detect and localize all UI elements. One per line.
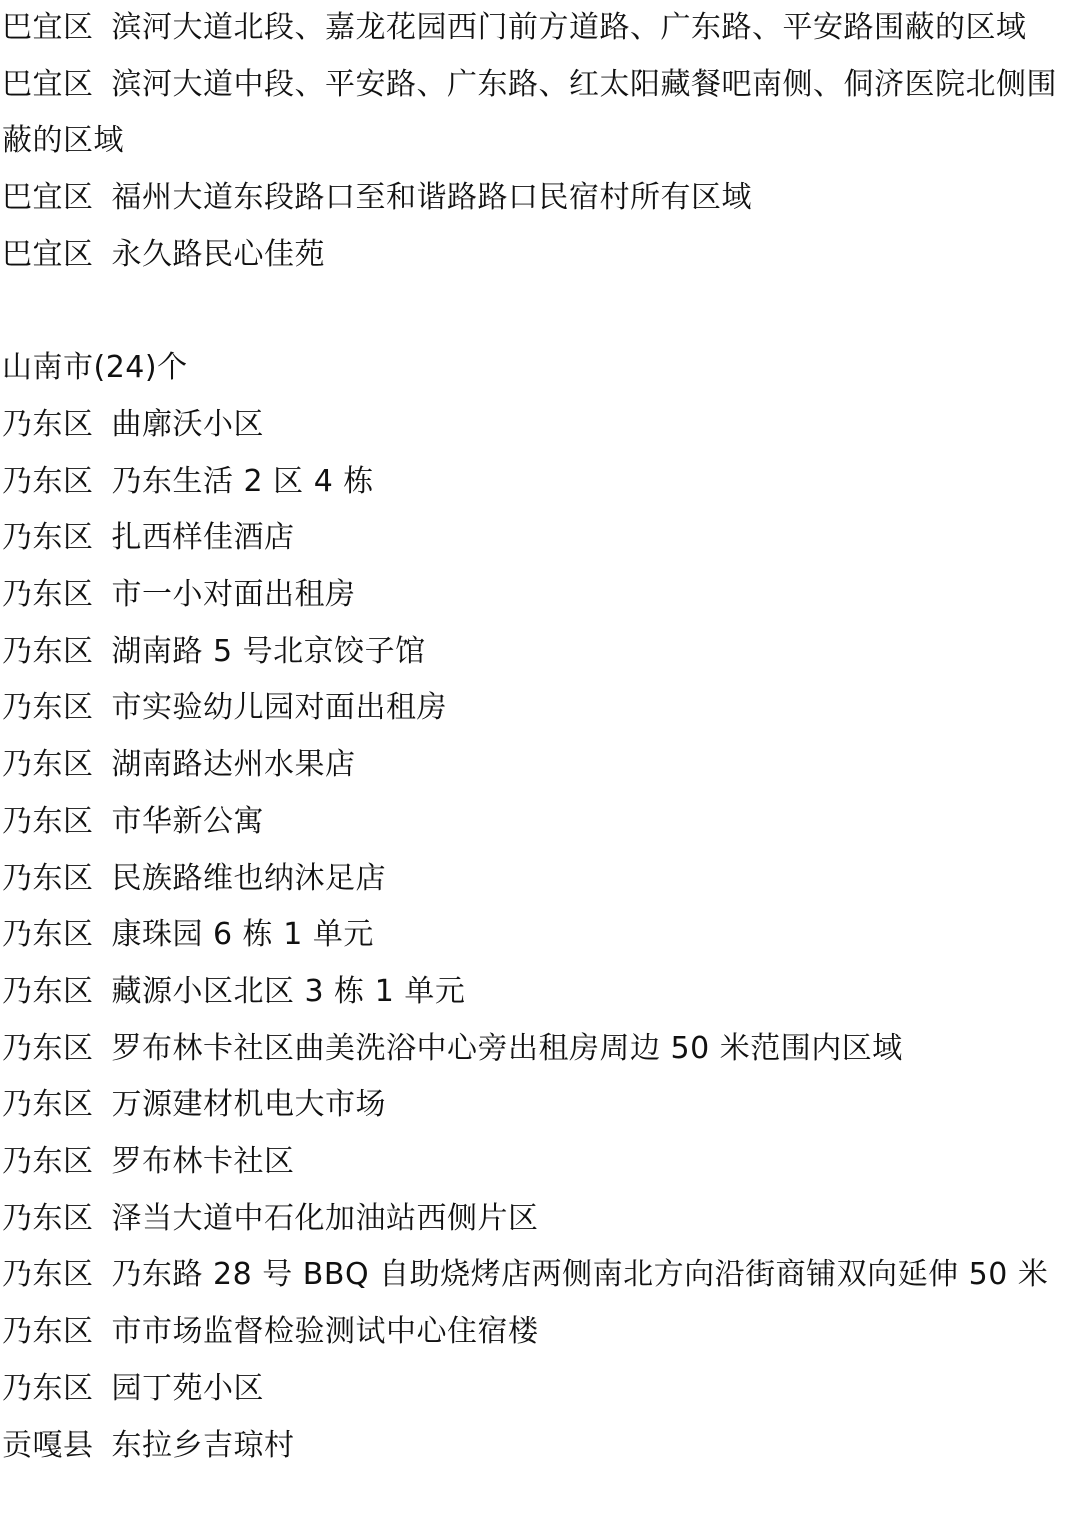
- place-name: 万源建材机电大市场: [112, 1087, 387, 1122]
- list-item: 乃东区市实验幼儿园对面出租房: [2, 680, 1080, 737]
- list-item: 贡嘎县东拉乡吉琼村: [2, 1418, 1080, 1475]
- place-name: 市一小对面出租房: [112, 577, 356, 612]
- district-name: 乃东区: [2, 747, 94, 782]
- list-item: 乃东区乃东路 28 号 BBQ 自助烧烤店两侧南北方向沿街商铺双向延伸 50 米: [2, 1247, 1080, 1304]
- place-name: 市华新公寓: [112, 804, 265, 839]
- district-name: 乃东区: [2, 1314, 94, 1349]
- district-name: 乃东区: [2, 804, 94, 839]
- list-item: 乃东区市一小对面出租房: [2, 567, 1080, 624]
- list-item: 巴宜区永久路民心佳苑: [2, 227, 1080, 284]
- district-name: 巴宜区: [2, 237, 94, 272]
- district-name: 乃东区: [2, 1031, 94, 1066]
- district-name: 乃东区: [2, 1201, 94, 1236]
- place-name: 东拉乡吉琼村: [112, 1428, 295, 1463]
- place-name: 滨河大道北段、嘉龙花园西门前方道路、广东路、平安路围蔽的区域: [112, 10, 1027, 45]
- place-name: 泽当大道中石化加油站西侧片区: [112, 1201, 539, 1236]
- district-name: 乃东区: [2, 1257, 94, 1292]
- district-name: 乃东区: [2, 861, 94, 896]
- list-item: 乃东区湖南路 5 号北京饺子馆: [2, 624, 1080, 681]
- district-name: 巴宜区: [2, 67, 94, 102]
- list-item: 乃东区罗布林卡社区: [2, 1134, 1080, 1191]
- place-name: 福州大道东段路口至和谐路路口民宿村所有区域: [112, 180, 753, 215]
- place-name: 罗布林卡社区曲美洗浴中心旁出租房周边 50 米范围内区域: [112, 1031, 903, 1066]
- blank-line: [2, 284, 1080, 341]
- district-name: 巴宜区: [2, 10, 94, 45]
- list-item: 乃东区湖南路达州水果店: [2, 737, 1080, 794]
- district-name: 乃东区: [2, 1087, 94, 1122]
- list-item: 乃东区康珠园 6 栋 1 单元: [2, 907, 1080, 964]
- place-name: 扎西样佳酒店: [112, 520, 295, 555]
- district-name: 乃东区: [2, 690, 94, 725]
- district-name: 巴宜区: [2, 180, 94, 215]
- list-item: 巴宜区福州大道东段路口至和谐路路口民宿村所有区域: [2, 170, 1080, 227]
- place-name: 民族路维也纳沐足店: [112, 861, 387, 896]
- place-name: 罗布林卡社区: [112, 1144, 295, 1179]
- district-name: 贡嘎县: [2, 1428, 94, 1463]
- district-name: 乃东区: [2, 917, 94, 952]
- district-name: 乃东区: [2, 1144, 94, 1179]
- list-item: 乃东区曲廓沃小区: [2, 397, 1080, 454]
- place-name: 市市场监督检验测试中心住宿楼: [112, 1314, 539, 1349]
- list-item: 乃东区民族路维也纳沐足店: [2, 851, 1080, 908]
- district-name: 乃东区: [2, 577, 94, 612]
- district-name: 乃东区: [2, 464, 94, 499]
- district-name: 乃东区: [2, 634, 94, 669]
- place-name: 湖南路 5 号北京饺子馆: [112, 634, 426, 669]
- place-name: 藏源小区北区 3 栋 1 单元: [112, 974, 466, 1009]
- list-item: 乃东区泽当大道中石化加油站西侧片区: [2, 1191, 1080, 1248]
- list-item: 乃东区市市场监督检验测试中心住宿楼: [2, 1304, 1080, 1361]
- place-name: 康珠园 6 栋 1 单元: [112, 917, 374, 952]
- place-name: 园丁苑小区: [112, 1371, 265, 1406]
- list-item: 乃东区罗布林卡社区曲美洗浴中心旁出租房周边 50 米范围内区域: [2, 1021, 1080, 1078]
- district-name: 乃东区: [2, 1371, 94, 1406]
- list-item: 乃东区扎西样佳酒店: [2, 510, 1080, 567]
- list-item: 乃东区乃东生活 2 区 4 栋: [2, 454, 1080, 511]
- list-item: 乃东区园丁苑小区: [2, 1361, 1080, 1418]
- list-item: 乃东区市华新公寓: [2, 794, 1080, 851]
- district-name: 乃东区: [2, 407, 94, 442]
- place-name: 乃东生活 2 区 4 栋: [112, 464, 374, 499]
- document-body: 巴宜区滨河大道北段、嘉龙花园西门前方道路、广东路、平安路围蔽的区域 巴宜区滨河大…: [0, 0, 1080, 1474]
- place-name: 湖南路达州水果店: [112, 747, 356, 782]
- district-name: 乃东区: [2, 520, 94, 555]
- place-name: 曲廓沃小区: [112, 407, 265, 442]
- list-item: 巴宜区滨河大道中段、平安路、广东路、红太阳藏餐吧南侧、侗济医院北侧围蔽的区域: [2, 57, 1080, 170]
- list-item: 巴宜区滨河大道北段、嘉龙花园西门前方道路、广东路、平安路围蔽的区域: [2, 0, 1080, 57]
- place-name: 永久路民心佳苑: [112, 237, 326, 272]
- list-item: 乃东区万源建材机电大市场: [2, 1077, 1080, 1134]
- district-name: 乃东区: [2, 974, 94, 1009]
- place-name: 市实验幼儿园对面出租房: [112, 690, 448, 725]
- place-name: 滨河大道中段、平安路、广东路、红太阳藏餐吧南侧、侗济医院北侧围蔽的区域: [2, 67, 1057, 159]
- section-heading: 山南市(24)个: [2, 340, 1080, 397]
- place-name: 乃东路 28 号 BBQ 自助烧烤店两侧南北方向沿街商铺双向延伸 50 米: [112, 1257, 1049, 1292]
- list-item: 乃东区藏源小区北区 3 栋 1 单元: [2, 964, 1080, 1021]
